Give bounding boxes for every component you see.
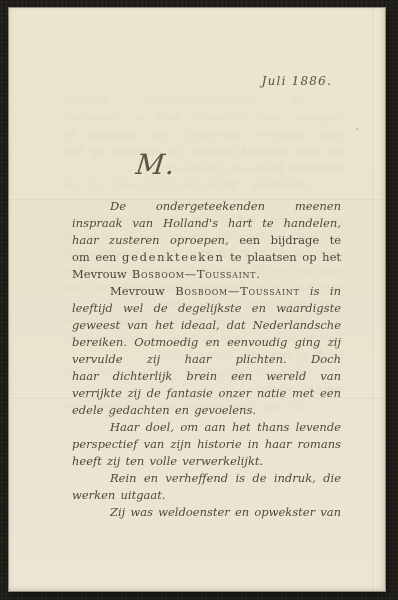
text-segment: Bosboom—Toussaint xyxy=(175,284,299,298)
text-line: perspectief van zijn historie in haar ro… xyxy=(72,436,341,453)
text-segment: Mevrouw xyxy=(237,178,306,192)
text-segment: Bosboom—Toussaint. xyxy=(132,267,261,281)
text-segment: heeft zij ten volle verwerkelijkt. xyxy=(72,454,263,468)
album-background: De ondergeteekenden meenen overeenkomsti… xyxy=(0,0,398,600)
text-line: om een gedenkteeken te plaatsen op het g… xyxy=(72,249,341,266)
text-segment: werken uitgaat. xyxy=(72,488,166,502)
text-segment: Mevrouw xyxy=(72,267,132,281)
text-line: De ondergeteekenden meenen overeenkomsti… xyxy=(64,92,344,109)
text-segment: om een xyxy=(290,144,344,158)
paper-speck xyxy=(356,128,358,130)
salutation-monogram: M. xyxy=(134,148,177,181)
text-line: haar zusteren oproepen, een bijdrage te … xyxy=(72,232,341,249)
text-segment: gedenkteeken xyxy=(122,250,225,264)
text-line: verrijkte zij de fantasie onzer natie me… xyxy=(72,385,341,402)
text-segment: verrijkte zij de fantasie onzer natie me… xyxy=(72,386,341,402)
text-segment: De ondergeteekenden meenen overeenkomsti… xyxy=(64,93,344,109)
text-segment: Bosboom—Toussaint xyxy=(113,178,237,192)
text-segment: De ondergeteekenden meenen overeenkomsti… xyxy=(72,199,341,215)
text-segment: geweest van het ideaal, dat Nederlandsch… xyxy=(72,318,341,334)
text-segment: Mevrouw xyxy=(110,284,175,298)
text-line: leeftijd wel de degelijkste en waardigst… xyxy=(72,300,341,317)
text-line: om een gedenkteeken te plaatsen op het g… xyxy=(64,143,344,160)
text-segment: te plaatsen op het graf van xyxy=(64,144,344,160)
text-line: Mevrouw Bosboom—Toussaint. xyxy=(64,160,344,177)
text-segment: inspraak van Holland's hart te handelen,… xyxy=(72,216,341,232)
date-label: Juli 1886. xyxy=(9,74,332,88)
text-line: haar zusteren oproepen, een bijdrage te … xyxy=(64,126,344,143)
text-line: geweest van het ideaal, dat Nederlandsch… xyxy=(72,317,341,334)
text-segment: perspectief van zijn historie in haar ro… xyxy=(72,437,341,453)
text-line: De ondergeteekenden meenen overeenkomsti… xyxy=(72,198,341,215)
text-segment: edele gedachten en gevoelens. xyxy=(72,403,256,417)
text-line: vervulde zij haar plichten. Doch tegelij… xyxy=(72,351,341,368)
text-line: Mevrouw Bosboom—Toussaint. xyxy=(72,266,341,283)
text-line: edele gedachten en gevoelens. xyxy=(72,402,341,419)
text-segment: is in onzen xyxy=(64,178,344,194)
paper-crease-vertical xyxy=(374,8,375,591)
text-segment: bereiken. Ootmoedig en eenvoudig ging zi… xyxy=(72,335,341,351)
text-line: Mevrouw Bosboom—Toussaint is in onzen xyxy=(64,177,344,194)
text-line: inspraak van Holland's hart te handelen,… xyxy=(72,215,341,232)
text-line: Zij was weldoenster en opwekster van ons… xyxy=(72,504,341,521)
text-line: Rein en verheffend is de indruk, die van… xyxy=(72,470,341,487)
text-segment: haar dichterlijk brein een wereld van be… xyxy=(72,369,341,385)
text-line: werken uitgaat. xyxy=(72,487,341,504)
text-segment: Haar doel, om aan het thans levende volk… xyxy=(72,420,341,436)
text-line: bereiken. Ootmoedig en eenvoudig ging zi… xyxy=(72,334,341,351)
text-segment: om een xyxy=(72,250,122,264)
text-segment: Mevrouw xyxy=(284,161,344,175)
text-line: Haar doel, om aan het thans levende volk… xyxy=(72,419,341,436)
text-segment: Zij was weldoenster en opwekster van ons… xyxy=(72,505,341,521)
text-line: heeft zij ten volle verwerkelijkt. xyxy=(72,453,341,470)
text-segment: inspraak van Holland's hart te handelen,… xyxy=(64,110,344,126)
letter-body: De ondergeteekenden meenen overeenkomsti… xyxy=(72,198,341,521)
text-segment: haar zusteren oproepen, xyxy=(170,127,344,141)
text-segment: haar zusteren oproepen, xyxy=(72,233,239,247)
letter-page: De ondergeteekenden meenen overeenkomsti… xyxy=(9,8,385,591)
text-segment: gedenkteeken xyxy=(188,144,291,158)
text-line: Mevrouw Bosboom—Toussaint is in onzen xyxy=(72,283,341,300)
paper-speck xyxy=(95,546,97,547)
text-line: inspraak van Holland's hart te handelen,… xyxy=(64,109,344,126)
text-segment: een bijdrage te willen offeren, xyxy=(64,127,344,143)
text-line: haar dichterlijk brein een wereld van be… xyxy=(72,368,341,385)
text-segment: leeftijd wel de degelijkste en waardigst… xyxy=(72,301,341,317)
text-segment: vervulde zij haar plichten. Doch tegelij… xyxy=(72,352,341,368)
text-segment: Rein en verheffend is de indruk, die van… xyxy=(72,471,341,487)
